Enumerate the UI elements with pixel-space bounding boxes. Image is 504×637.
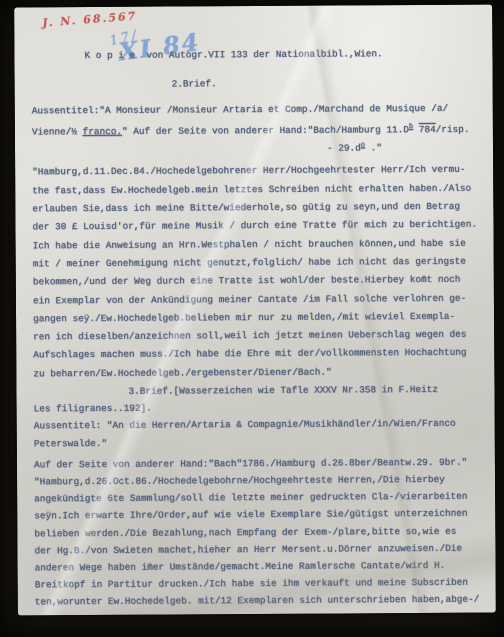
paper-sheet: J. N. 68.567 17/ XI 84 K o p i e von Aut… [14,5,496,616]
typescript-body: K o p i e von Autogr.VII 133 der Nationa… [31,45,493,616]
typescript-line: der 30 £ Louisd'or,für meine Musik / dur… [32,216,490,237]
red-accession-number: J. N. 68.567 [42,9,138,29]
typescript-line: 2.Brief. [32,74,490,95]
typescript-line: Peterswalde." [34,432,492,452]
typescript-line: bekommen,/und der Weg durch eine Tratte … [33,271,491,292]
typescript-line: Vienne/½ franco." Auf der Seite von ande… [32,117,490,141]
typescript-line: Aussentitel: "An die Herren/Artaria & Co… [34,415,492,435]
typescript-line: 3.Brief.[Wasserzeichen wie Tafle XXXV Nr… [33,381,491,401]
typescript-line: - 29.do ." [32,139,490,157]
typescript-line: ten,worunter Ew.Hochedelgeb. mit/12 Exem… [35,591,493,611]
typescript-line: treten.Ich beharre mit wahrer Hochachtun… [35,612,493,615]
typescript-line: Aufschlages machen muss./Ich habe die Eh… [33,344,491,365]
typescript-line: "Hamburg,d.11.Dec.84./Hochedelgebohrener… [32,161,490,182]
photographed-manuscript-copy: J. N. 68.567 17/ XI 84 K o p i e von Aut… [0,0,504,637]
typescript-line: K o p i e von Autogr.VII 133 der Nationa… [31,45,489,66]
